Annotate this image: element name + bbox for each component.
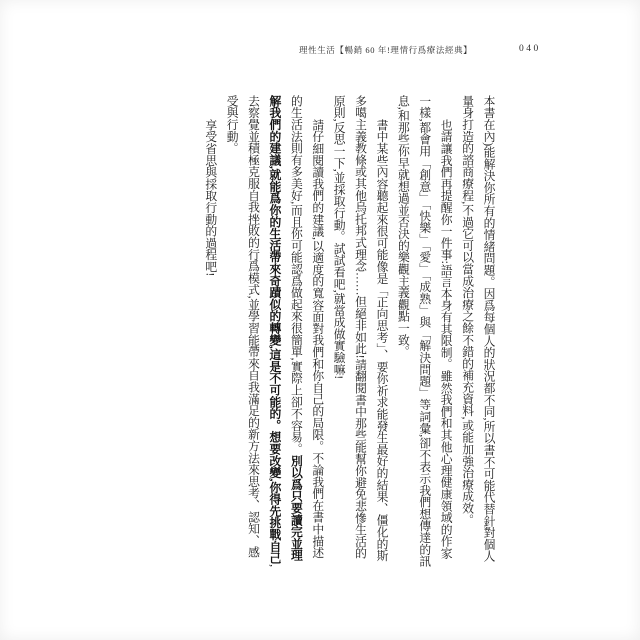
paragraph-1: 本書在內)能解決你所有的情緒問題。因爲每個人的狀況都不同,所以書不可能代替針對個… — [456, 95, 499, 568]
paragraph-2: 也請讓我們再提醒你一件事:語言本身有其限制。雖然我們和其他心理健康領域的作家一樣… — [392, 95, 456, 568]
running-title: 理性生活【暢銷 60 年!理情行爲療法經典】 — [299, 44, 472, 56]
body-text: 本書在內)能解決你所有的情緒問題。因爲每個人的狀況都不同,所以書不可能代替針對個… — [199, 95, 499, 568]
page-header: 理性生活【暢銷 60 年!理情行爲療法經典】 040 — [0, 0, 640, 60]
book-page: 理性生活【暢銷 60 年!理情行爲療法經典】 040 本書在內)能解決你所有的情… — [0, 0, 640, 640]
page-number: 040 — [519, 44, 541, 54]
paragraph-5: 享受省思與採取行動的過程吧! — [199, 95, 220, 568]
paragraph-4: 請仔細閱讀我們的建議,以適度的寬容面對我們和你自己的局限。不論我們在書中描述的生… — [221, 95, 328, 568]
paragraph-3: 書中某些內容聽起來很可能像是「正向思考」、要你祈求能發生最好的結果、僵化的斯多噶… — [328, 95, 392, 568]
